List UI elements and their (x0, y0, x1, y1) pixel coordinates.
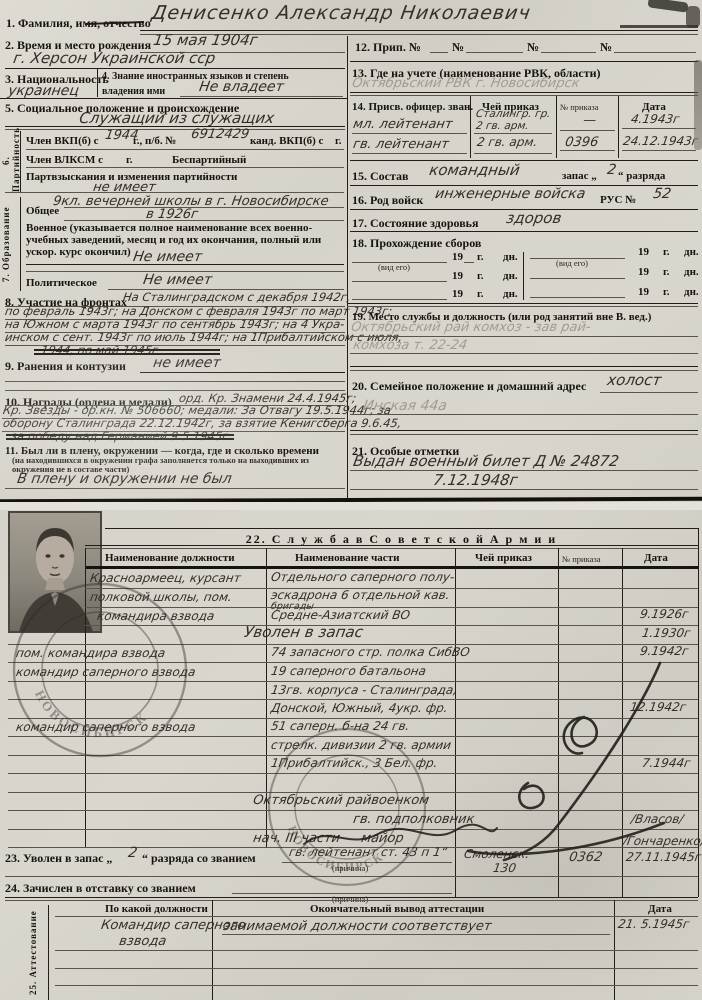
field23-label-b: “ разряда со званием (142, 851, 256, 866)
rule (350, 61, 698, 62)
military-record-card: 1. Фамилия, имя, отчество Денисенко Алек… (0, 0, 702, 1000)
field21-line2: 7.12.1948г (432, 471, 519, 489)
field1-value: Денисенко Александр Николаевич (150, 2, 533, 24)
vkpb-label: Член ВКП(б) с (26, 135, 99, 147)
sbory-dn: дн. (684, 246, 699, 258)
field8-line2: на Южном с марта 1943г по сентябрь 1943г… (4, 317, 346, 331)
rule (614, 52, 696, 53)
rule (26, 264, 344, 265)
rule (600, 392, 698, 393)
sbory-dn: дн. (503, 251, 518, 263)
rule (55, 916, 698, 917)
strike-mark (620, 25, 698, 28)
rank-row2: гв. лейтенант (352, 137, 450, 152)
sbory-g: г. (477, 270, 484, 282)
svg-text:НОВОСИБИРСК: НОВОСИБИРСК (32, 688, 151, 740)
voennoe-value: Не имеет (132, 249, 203, 265)
table-divider (556, 96, 557, 158)
rule (530, 278, 625, 279)
svc-row-unit: эскадрона 6 отдельной кав. (270, 588, 451, 602)
svc-row-unit: Отдельного саперного полу- (270, 570, 455, 584)
rule (352, 133, 467, 134)
sbory-g: г. (663, 246, 670, 258)
rule (140, 372, 345, 373)
round-stamp-left: НОВОСИБИРСК (5, 575, 195, 765)
stamp-text: НОВОСИБИРСК (32, 688, 151, 740)
scan-smudge (647, 0, 688, 13)
field13-value: Октябрьский РВК г. Новосибирск (351, 76, 581, 91)
field20-value: холост (606, 371, 663, 389)
rule (85, 566, 698, 569)
rule (530, 258, 625, 259)
bespartiyny-label: Беспартийный (172, 154, 246, 166)
obshchee-label: Общее (26, 205, 59, 217)
sbory-g: г. (663, 286, 670, 298)
rule (5, 129, 345, 130)
field8-line0: На Сталинградском с декабря 1942г, (122, 290, 352, 304)
field16-label: 16. Род войск (352, 193, 423, 208)
rule (352, 153, 467, 154)
rule (350, 434, 698, 435)
field15-value: командный (428, 161, 521, 179)
rule (350, 92, 698, 93)
rule (350, 470, 698, 471)
polit-label: Политическое (26, 277, 97, 289)
field21-line1: Выдан военный билет Д № 24872 (352, 452, 620, 470)
rank-row1: мл. лейтенант (352, 117, 454, 132)
field17-value: здоров (505, 209, 563, 227)
bracket (48, 905, 49, 1000)
rule (5, 381, 345, 382)
date-row1: 4.1943г (630, 112, 681, 126)
sbory-year: 19 (638, 286, 649, 298)
rus-label: РУС № (600, 194, 636, 206)
rule (350, 414, 698, 415)
rule (5, 68, 345, 69)
rule (560, 150, 615, 151)
svc-row-date: 1.1930г (641, 626, 692, 640)
rule (430, 52, 448, 53)
bracket (20, 197, 21, 291)
order-row1b: 2 гв. арм. (475, 120, 530, 132)
rule (105, 528, 698, 529)
sbory-year: 19 (452, 270, 463, 282)
rule (26, 167, 344, 168)
field4-value: Не владеет (198, 79, 285, 95)
rule (347, 303, 698, 304)
rule (622, 128, 696, 129)
field20-label: 20. Семейное положение и домашний адрес (352, 379, 586, 394)
attest-row-date: 21. 5.1945г (617, 917, 690, 931)
rule (5, 488, 345, 489)
ordernum-row1: — (582, 113, 597, 128)
razryad-value: 2 (606, 162, 617, 178)
rule (5, 126, 345, 127)
rule (622, 150, 696, 151)
field2-value2: г. Херсон Украинской сср (12, 49, 217, 67)
sbory-dn: дн. (684, 266, 699, 278)
rule (347, 306, 698, 307)
table-divider (618, 96, 619, 158)
field8-line3: инском с сент. 1943г по июль 1944г; на 1… (4, 330, 403, 344)
strike-mark (34, 349, 220, 351)
order-row1a: Сталингр. гр. (475, 108, 552, 120)
svc-col1-header: Наименование должности (105, 552, 235, 564)
sbory-year: 19 (452, 288, 463, 300)
section25-side-label: 25. Аттестование (28, 905, 38, 1000)
rule (55, 968, 698, 969)
vid-ego-right: (вид его) (556, 258, 588, 268)
field20-value2: Инская 44а (362, 398, 448, 414)
strike-mark (6, 434, 234, 436)
strike-mark (6, 438, 234, 440)
attest-col3-header: Дата (648, 903, 672, 915)
rule (350, 160, 698, 161)
rule (222, 934, 610, 935)
attest-col2-header: Окончательный вывод аттестации (310, 903, 484, 915)
pb-label: г., п/б. № (133, 135, 176, 147)
round-stamp-middle: НОВОСИБИРСК (262, 722, 432, 892)
bracket (20, 131, 21, 192)
rule (350, 95, 698, 96)
rus-value: 52 (652, 186, 672, 202)
sbory-g: г. (663, 266, 670, 278)
field12-label: 12. Прип. № (355, 40, 421, 55)
small-signature (300, 820, 500, 854)
field24-label: 24. Зачислен в отставку со званием (5, 881, 196, 896)
section7-side-label: 7. Образование (1, 198, 11, 290)
field23-razryad: 2 (127, 845, 138, 861)
zapas-label: запас „ (562, 170, 597, 182)
razryad-label: “ разряда (618, 170, 665, 182)
rule (5, 897, 698, 898)
rule (5, 900, 698, 901)
rule (0, 98, 347, 99)
field19-line2: комхоза т. 22-24 (352, 338, 468, 353)
ordernum-row2: 0396 (564, 135, 599, 150)
rule (560, 130, 615, 131)
kand-label: канд. ВКП(б) с (250, 135, 323, 147)
page-gap (0, 502, 702, 510)
field4-label2: владения ими (102, 86, 165, 97)
rule (350, 366, 698, 367)
rule (541, 52, 596, 53)
rule (5, 192, 344, 193)
field14-col3: № приказа (560, 102, 599, 112)
attest-row-result: занимаемой должности соответствует (222, 919, 493, 934)
rule (350, 489, 698, 490)
field10-line1: Кр. Звезды - ор.кн. № 506660; медали: За… (2, 403, 392, 417)
field3-value: украинец (7, 83, 80, 99)
field9-value: не имеет (152, 355, 222, 371)
field19-line1: Октябрьский рай комхоз - зав рай- (350, 320, 592, 335)
rule (180, 96, 343, 97)
rule (352, 281, 447, 282)
kand-year-label: г. (335, 135, 342, 147)
rule (350, 353, 698, 354)
rule (474, 153, 552, 154)
sbory-year: 19 (638, 246, 649, 258)
rule (64, 220, 344, 221)
field2-value1: 15 мая 1904г (152, 31, 259, 49)
date-row2: 24.12.1943г (622, 134, 699, 148)
sbory-year: 19 (452, 251, 463, 263)
vlksm-year-label: г. (126, 154, 133, 166)
rule (466, 52, 523, 53)
rule (85, 548, 698, 549)
sbory-dn: дн. (503, 288, 518, 300)
field5-value: Служащий из служащих (78, 109, 276, 127)
sbory-dn: дн. (503, 270, 518, 282)
field23-label-a: 23. Уволен в запас „ (5, 851, 112, 866)
field11-value: В плену и окружении не был (16, 471, 233, 487)
polit-value: Не имеет (142, 272, 213, 288)
svc-col2-header: Наименование части (295, 552, 399, 564)
svc-row-unit: 19 саперного батальона (270, 664, 427, 678)
attest-col1-header: По какой должности (105, 903, 208, 915)
field12-no3: № (527, 40, 539, 55)
sbory-g: г. (477, 251, 484, 263)
order-row2: 2 гв. арм. (476, 135, 539, 149)
rule (352, 299, 447, 300)
attest-row-pos2: взвода (118, 934, 168, 949)
rule (474, 133, 552, 134)
rule (352, 262, 447, 263)
field14-label: 14. Присв. офицер. зван. (352, 101, 473, 113)
rule (64, 207, 344, 208)
rule (55, 950, 698, 951)
svc-row-date: 9.1926г (639, 607, 690, 621)
rule (85, 545, 698, 546)
rule (55, 985, 698, 986)
rule (350, 336, 698, 337)
sbory-year: 19 (638, 266, 649, 278)
rule (26, 149, 344, 150)
vid-ego-left: (вид его) (378, 262, 410, 272)
section6-side-label: 6. Партийность (1, 130, 21, 192)
svc-row-note: Уволен в запас (243, 623, 364, 641)
vlksm-label: Член ВЛКСМ с (26, 154, 103, 166)
svc-col4-header: № приказа (562, 554, 601, 564)
rule (530, 297, 625, 298)
sbory-g: г. (477, 288, 484, 300)
rule (350, 231, 698, 232)
field12-no2: № (452, 40, 464, 55)
field10-line2: оборону Сталинграда 22.12.1942г, за взят… (2, 416, 403, 430)
field8-line1: по февраль 1943г; на Донском с февраля 1… (4, 304, 393, 318)
rule (350, 430, 698, 431)
field15-label: 15. Состав (352, 169, 409, 184)
field9-label: 9. Ранения и контузии (5, 359, 126, 374)
field17-label: 17. Состояние здоровья (352, 216, 479, 231)
field18-label: 18. Прохождение сборов (352, 236, 481, 251)
svc-col5-header: Дата (644, 552, 668, 564)
svc-col3-header: Чей приказ (475, 552, 532, 564)
divider (523, 252, 524, 300)
rule (464, 262, 474, 263)
pb-number: 6912429 (190, 127, 250, 142)
field12-no4: № (600, 40, 612, 55)
sbory-dn: дн. (684, 286, 699, 298)
field16-value: инженерные войска (434, 186, 587, 202)
svc-row-unit: Средне-Азиатский ВО (270, 608, 411, 622)
